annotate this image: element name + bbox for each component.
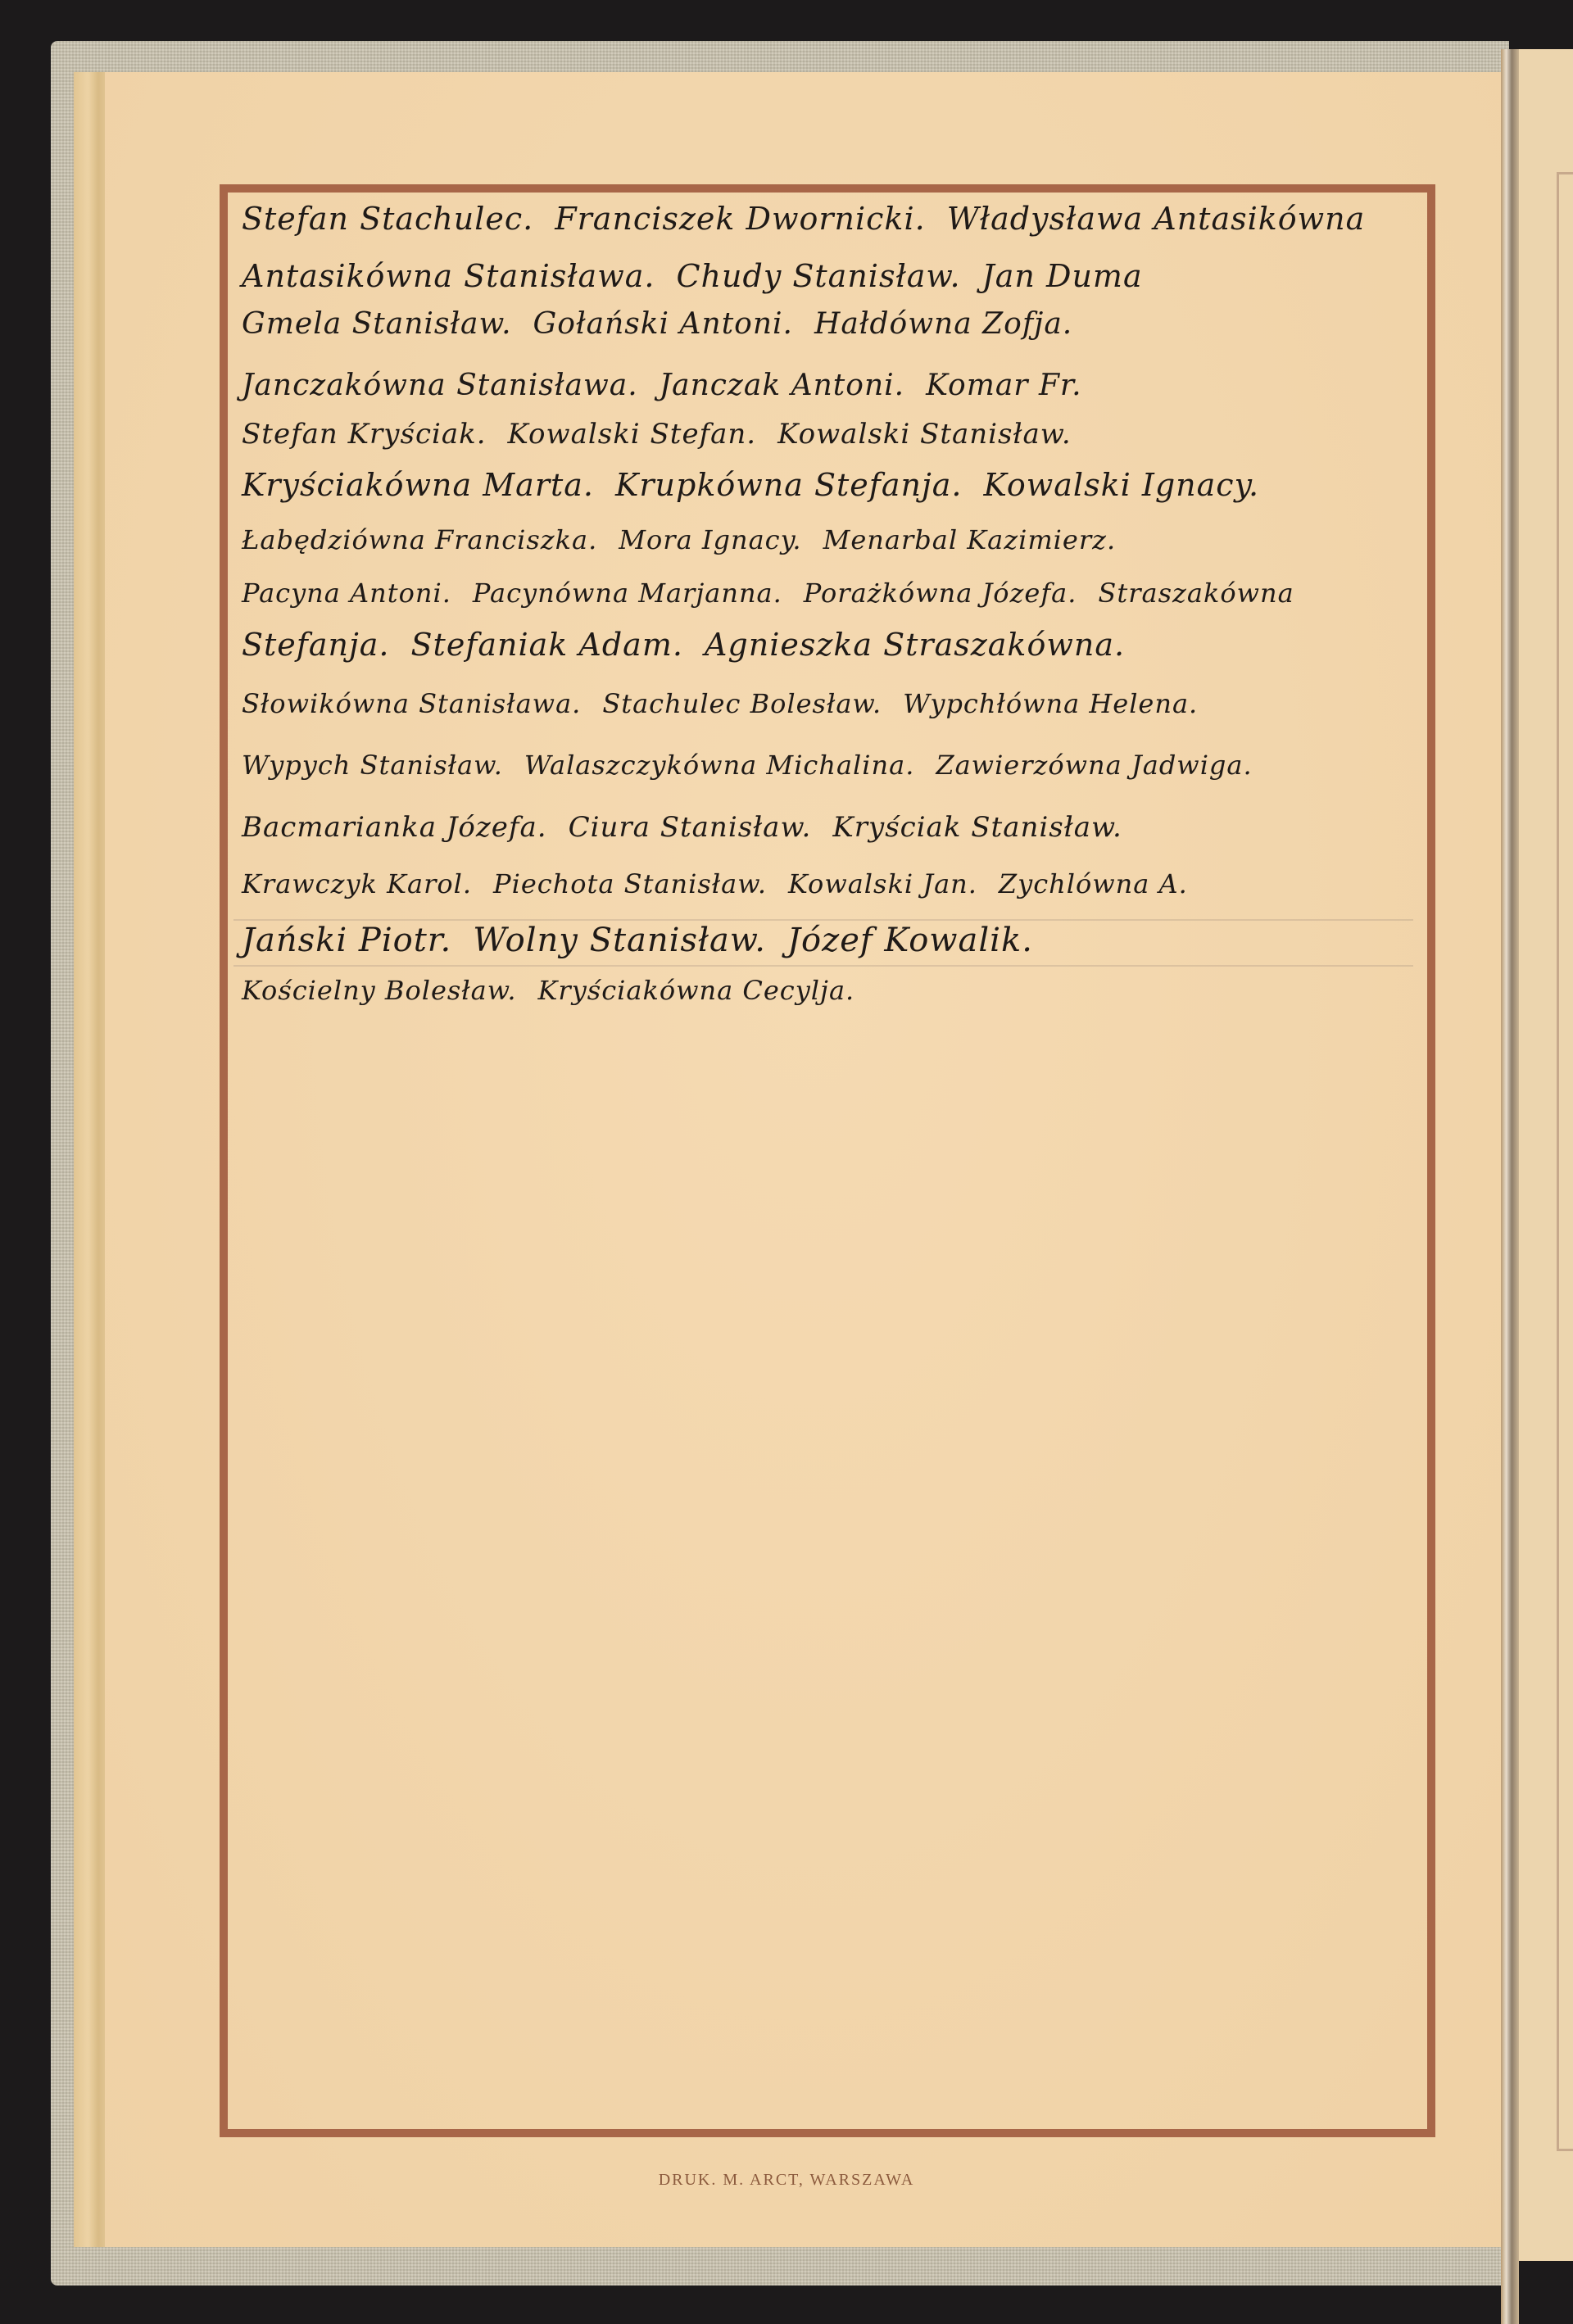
handwritten-name: Stefan Stachulec. — [242, 201, 533, 237]
handwritten-name: Antasikówna Stanisława. — [242, 258, 655, 294]
handwritten-name: Porażkówna Józefa. — [804, 578, 1077, 609]
handwritten-name: Janczak Antoni. — [660, 369, 904, 402]
handwritten-line: Krawczyk Karol.Piechota Stanisław.Kowals… — [242, 868, 1209, 899]
handwritten-name: Stefanja. — [242, 627, 390, 663]
handwritten-line: Jański Piotr.Wolny Stanisław.Józef Kowal… — [242, 922, 1054, 959]
handwritten-name: Kowalski Jan. — [788, 868, 977, 899]
handwritten-name: Kowalski Stefan. — [508, 418, 757, 451]
handwritten-name: Kowalski Ignacy. — [984, 467, 1260, 503]
handwritten-name: Hałdówna Zofja. — [814, 307, 1072, 341]
handwritten-line: Antasikówna Stanisława.Chudy Stanisław.J… — [242, 258, 1164, 294]
handwritten-name: Komar Fr. — [926, 369, 1082, 402]
handwritten-name: Pacyna Antoni. — [242, 578, 451, 609]
handwritten-name: Władysława Antasikówna — [947, 201, 1366, 237]
handwritten-name: Kryściak Stanisław. — [832, 811, 1122, 844]
handwritten-name: Józef Kowalik. — [787, 922, 1033, 959]
handwritten-name: Kryściakówna Marta. — [242, 467, 594, 503]
handwritten-name: Chudy Stanisław. — [676, 258, 960, 294]
handwritten-name: Stachulec Bolesław. — [602, 688, 882, 719]
handwritten-line: Stefanja.Stefaniak Adam.Agnieszka Strasz… — [242, 627, 1146, 663]
handwritten-line: Janczakówna Stanisława.Janczak Antoni.Ko… — [242, 369, 1104, 402]
handwritten-name: Agnieszka Straszakówna. — [705, 627, 1125, 663]
handwritten-name: Zawierzówna Jadwiga. — [936, 750, 1252, 781]
handwritten-line: Gmela Stanisław.Gołański Antoni.Hałdówna… — [242, 307, 1094, 341]
handwritten-name: Straszakówna — [1098, 578, 1294, 609]
handwritten-name: Mora Ignacy. — [619, 524, 801, 555]
handwritten-name: Łabędziówna Franciszka. — [242, 524, 597, 555]
handwritten-name: Gołański Antoni. — [533, 307, 793, 341]
handwritten-line: Słowikówna Stanisława.Stachulec Bolesław… — [242, 688, 1219, 719]
handwritten-name: Janczakówna Stanisława. — [242, 369, 638, 402]
handwritten-name: Krupkówna Stefanja. — [615, 467, 963, 503]
handwritten-name: Walaszczykówna Michalina. — [524, 750, 914, 781]
handwritten-name: Jański Piotr. — [242, 922, 451, 959]
handwritten-line: Kryściakówna Marta.Krupkówna Stefanja.Ko… — [242, 467, 1281, 503]
handwritten-line: Wypych Stanisław.Walaszczykówna Michalin… — [242, 750, 1274, 781]
handwritten-name: Stefan Kryściak. — [242, 418, 487, 451]
handwritten-line: Bacmarianka Józefa.Ciura Stanisław.Kryśc… — [242, 811, 1144, 844]
handwritten-name: Kościelny Bolesław. — [242, 975, 517, 1006]
handwritten-name: Piechota Stanisław. — [493, 868, 767, 899]
handwritten-name: Pacynówna Marjanna. — [473, 578, 782, 609]
handwritten-name: Jan Duma — [982, 258, 1143, 294]
handwritten-name: Krawczyk Karol. — [242, 868, 472, 899]
handwritten-line: Kościelny Bolesław.Kryściakówna Cecylja. — [242, 975, 876, 1006]
handwritten-line: Stefan Kryściak.Kowalski Stefan.Kowalski… — [242, 418, 1093, 451]
handwritten-name: Kowalski Stanisław. — [777, 418, 1072, 451]
handwritten-name: Wypchłówna Helena. — [903, 688, 1198, 719]
handwritten-name: Zychlówna A. — [999, 868, 1188, 899]
book-gutter — [1501, 49, 1519, 2324]
handwritten-line: Łabędziówna Franciszka.Mora Ignacy.Menar… — [242, 524, 1137, 555]
handwritten-line: Pacyna Antoni.Pacynówna Marjanna.Porażkó… — [242, 578, 1316, 609]
handwritten-line: Stefan Stachulec.Franciszek Dwornicki.Wł… — [242, 201, 1386, 237]
handwritten-name: Kryściakówna Cecylja. — [538, 975, 855, 1006]
facing-page-frame — [1557, 172, 1573, 2151]
handwritten-name-list: Stefan Stachulec.Franciszek Dwornicki.Wł… — [242, 201, 1421, 1102]
handwritten-name: Wolny Stanisław. — [473, 922, 766, 959]
handwritten-name: Franciszek Dwornicki. — [555, 201, 925, 237]
handwritten-name: Słowikówna Stanisława. — [242, 688, 581, 719]
handwritten-name: Bacmarianka Józefa. — [242, 811, 547, 844]
handwritten-name: Menarbal Kazimierz. — [823, 524, 1117, 555]
handwritten-name: Ciura Stanisław. — [569, 811, 812, 844]
handwritten-name: Wypych Stanisław. — [242, 750, 503, 781]
handwritten-name: Stefaniak Adam. — [411, 627, 683, 663]
handwritten-name: Gmela Stanisław. — [242, 307, 512, 341]
printer-imprint: DRUK. M. ARCT, WARSZAWA — [0, 2171, 1573, 2190]
